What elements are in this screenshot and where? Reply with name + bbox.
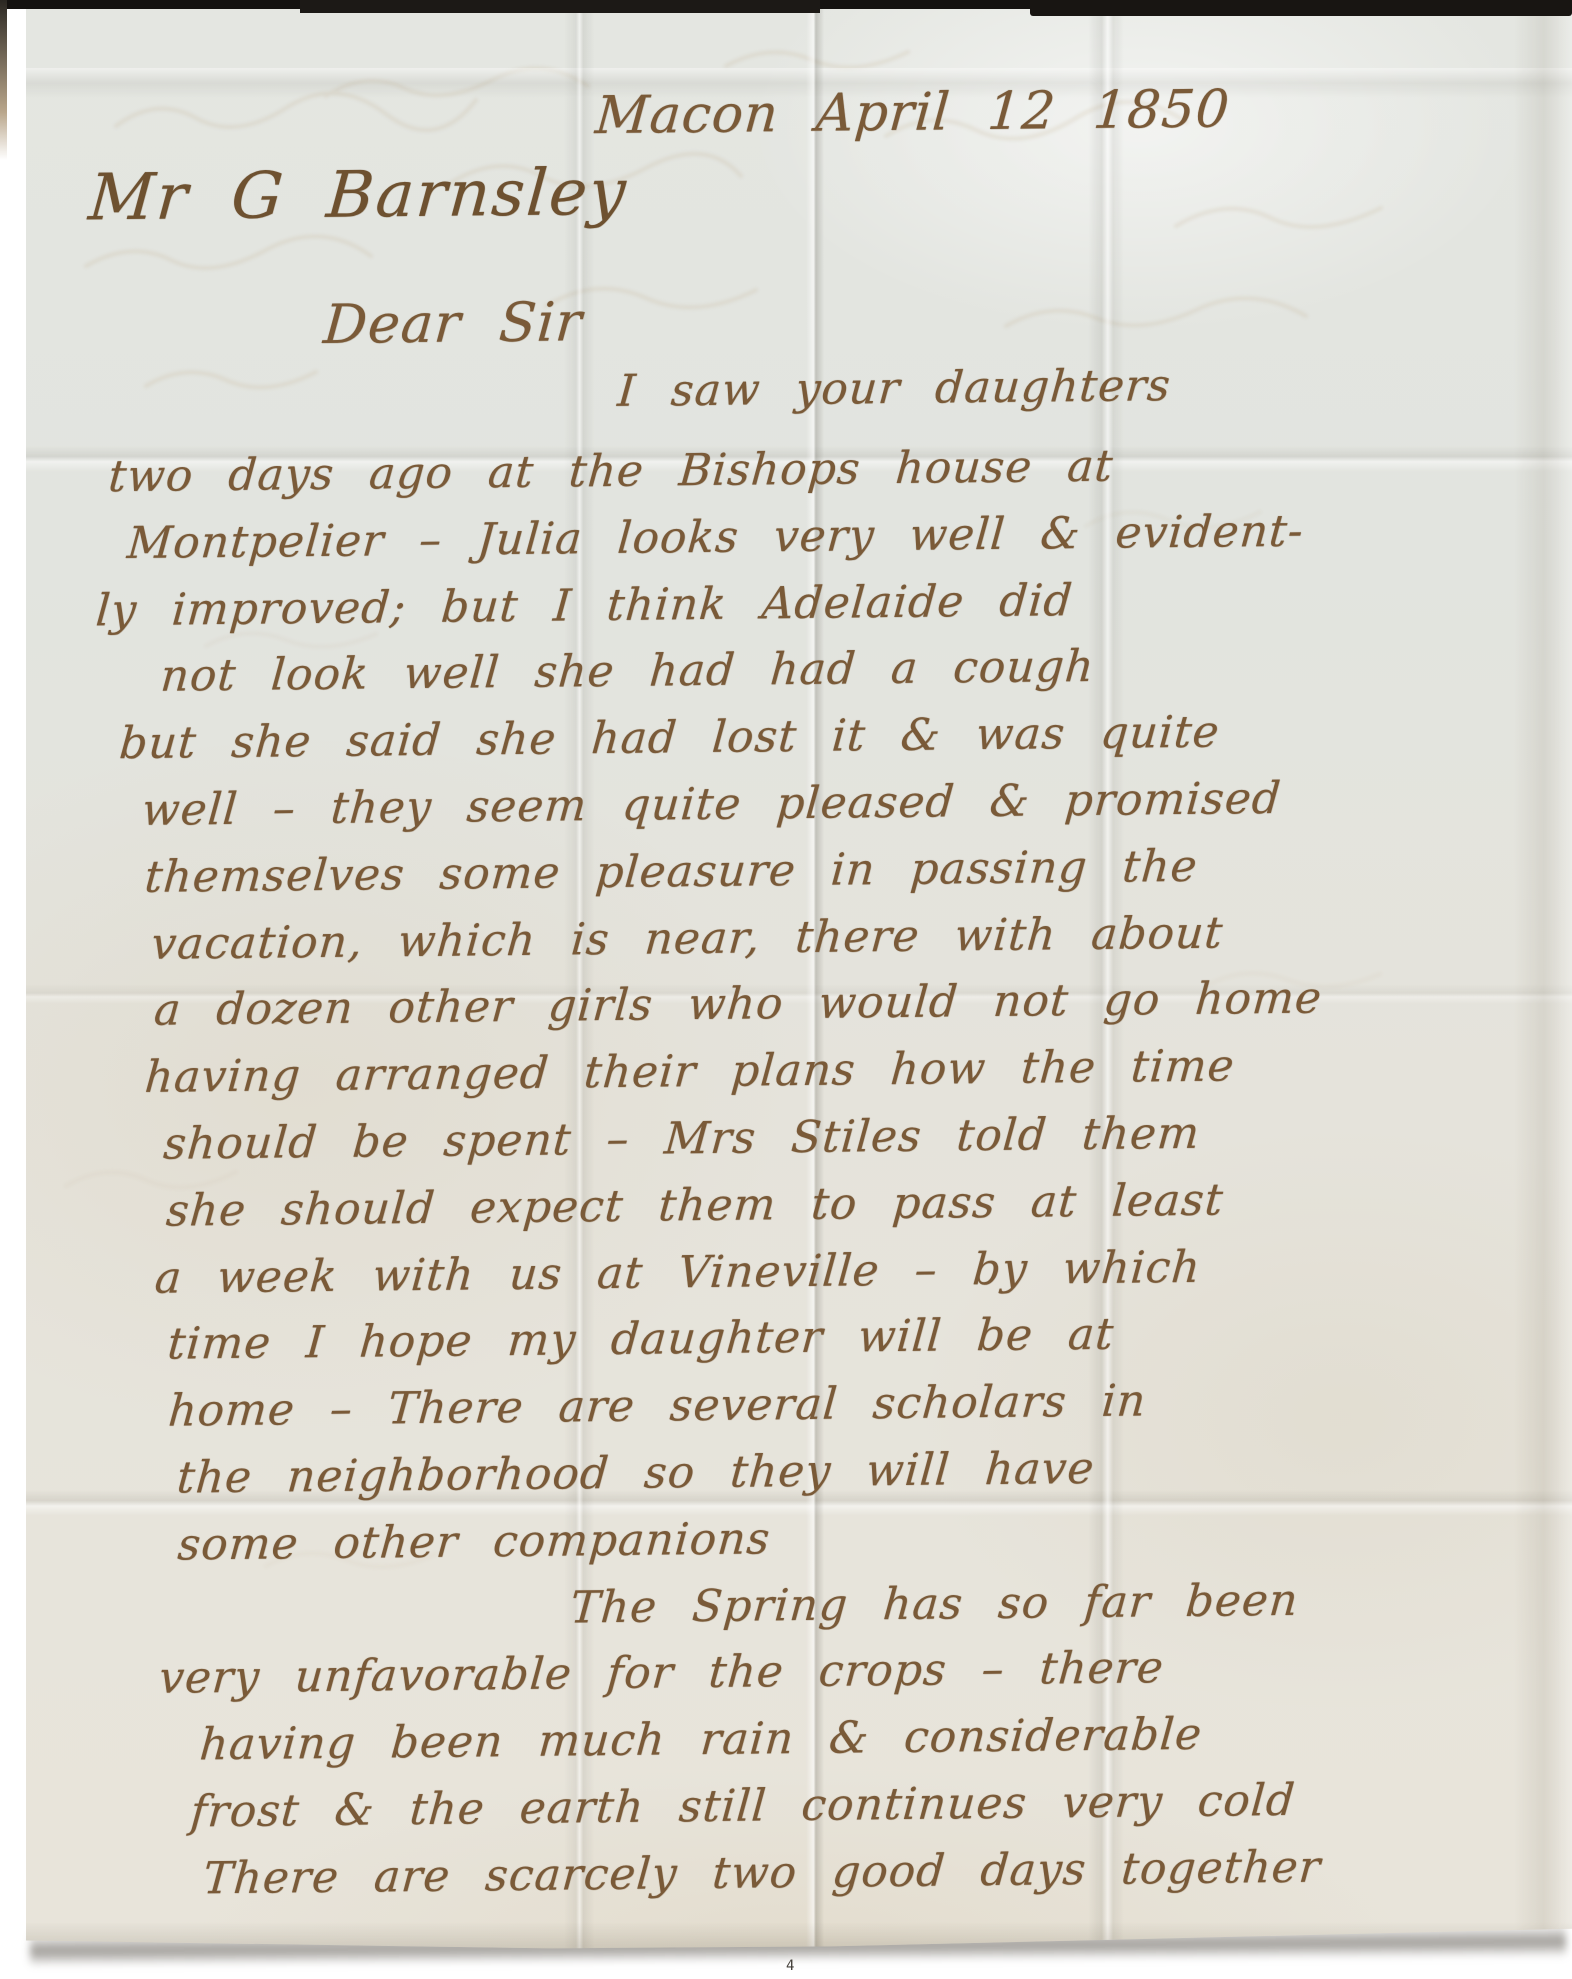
letter-line: themselves some pleasure in passing the xyxy=(143,845,1199,900)
letter-paper: Macon April 12 1850 Mr G Barnsley Dear S… xyxy=(26,6,1572,1968)
letter-line: two days ago at the Bishops house at xyxy=(107,445,1115,500)
addressee-line: Mr G Barnsley xyxy=(86,156,630,236)
scanner-left-edge-artifact xyxy=(0,0,7,160)
salutation: Dear Sir xyxy=(321,290,584,356)
letter-line: The Spring has so far been xyxy=(569,1579,1300,1631)
dateline: Macon April 12 1850 xyxy=(593,79,1232,146)
scanner-top-edge xyxy=(300,0,820,13)
letter-line: Montpelier – Julia looks very well & evi… xyxy=(126,510,1306,566)
letter-line: having been much rain & considerable xyxy=(198,1713,1204,1768)
letter-line: well – they seem quite pleased & promise… xyxy=(140,777,1282,833)
scanner-top-edge xyxy=(1030,0,1572,16)
page-mark: 4 xyxy=(786,1958,794,1974)
letter-line: not look well she had had a cough xyxy=(159,645,1096,699)
letter-line: vacation, which is near, there with abou… xyxy=(150,912,1225,967)
handwritten-text: Macon April 12 1850 Mr G Barnsley Dear S… xyxy=(18,0,1572,1976)
letter-line: a dozen other girls who would not go hom… xyxy=(152,977,1323,1033)
letter-line: a week with us at Vineville – by which xyxy=(153,1246,1202,1301)
letter-line: I saw your daughters xyxy=(616,364,1172,414)
letter-line: should be spent – Mrs Stiles told them xyxy=(162,1112,1202,1167)
scanned-letter-page: Macon April 12 1850 Mr G Barnsley Dear S… xyxy=(0,0,1572,1979)
letter-line: some other companions xyxy=(176,1517,772,1567)
letter-line: but she said she had lost it & was quite xyxy=(118,711,1222,767)
letter-line: time I hope my daughter will be at xyxy=(166,1313,1116,1367)
letter-line: very unfavorable for the crops – there xyxy=(157,1646,1165,1701)
letter-line: having arranged their plans how the time xyxy=(143,1044,1236,1099)
letter-line: There are scarcely two good days togethe… xyxy=(202,1846,1323,1902)
letter-line: ly improved; but I think Adelaide did xyxy=(94,579,1074,633)
letter-line: the neighborhood so they will have xyxy=(175,1447,1096,1501)
letter-line: she should expect them to pass at least xyxy=(165,1179,1226,1234)
letter-line: frost & the earth still continues very c… xyxy=(189,1779,1297,1835)
letter-line: home – There are several scholars in xyxy=(167,1379,1148,1433)
